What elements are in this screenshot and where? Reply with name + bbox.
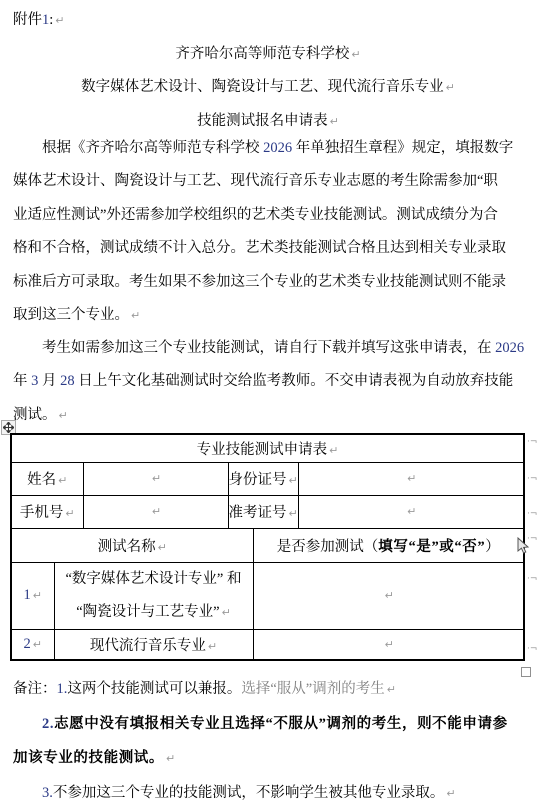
paragraph-mark-icon: ↵ bbox=[446, 81, 455, 94]
skill-test-application-table: 专业技能测试申请表↵ 姓名↵ ↵ 身份证号↵ ↵ 手机号↵ ↵ 准考证号↵ ↵ … bbox=[10, 433, 525, 661]
paragraph-regulations: 根据《齐齐哈尔高等师范专科学校 2026 年单独招生章程》规定，填报数字 媒体艺… bbox=[13, 132, 525, 332]
phone-label-cell: 手机号↵ bbox=[11, 495, 83, 528]
row-index-cell: 1↵ bbox=[11, 562, 54, 629]
name-input-cell[interactable]: ↵ bbox=[83, 462, 228, 495]
paragraph-mark-icon: ↵ bbox=[351, 48, 360, 61]
id-number-label-cell: 身份证号↵ bbox=[228, 462, 298, 495]
note-3: 3.不参加这三个专业的技能测试，不影响学生被其他专业录取。↵ bbox=[13, 776, 529, 802]
row-end-mark-icon: ·¬ bbox=[527, 644, 537, 654]
exam-number-label-cell: 准考证号↵ bbox=[228, 495, 298, 528]
cell-end-mark-icon: ↵ bbox=[65, 507, 74, 520]
cell-end-mark-icon: ↵ bbox=[58, 474, 67, 487]
paragraph-mark-icon: ↵ bbox=[59, 409, 68, 422]
note-1: 备注：1.这两个技能测试可以兼报。选择“服从”调剂的考生↵ bbox=[13, 672, 529, 707]
test-description-cell: “数字媒体艺术设计专业” 和 “陶瓷设计与工艺专业”↵ bbox=[54, 562, 253, 629]
participate-answer-cell[interactable]: ↵ bbox=[253, 629, 524, 660]
cell-end-mark-icon: ↵ bbox=[329, 444, 338, 457]
paragraph-mark-icon: ↵ bbox=[131, 309, 140, 322]
table-row: 1↵ “数字媒体艺术设计专业” 和 “陶瓷设计与工艺专业”↵ ↵ bbox=[11, 562, 524, 629]
row-index-cell: 2↵ bbox=[11, 629, 54, 660]
doc-title-school: 齐齐哈尔高等师范专科学校↵ bbox=[13, 38, 523, 71]
row-end-mark-icon: ·¬ bbox=[527, 574, 537, 584]
table-row: 专业技能测试申请表↵ bbox=[11, 434, 524, 462]
cell-end-mark-icon: ↵ bbox=[208, 640, 217, 653]
paragraph-mark-icon: ↵ bbox=[55, 14, 64, 27]
paragraph-line: 年 3 月 28 日上午文化基础测试时交给监考教师。不交申请表视为自动放弃技能 bbox=[13, 373, 513, 389]
move-icon bbox=[3, 422, 14, 433]
table-row: 测试名称↵ 是否参加测试（填写“是”或“否”） bbox=[11, 528, 524, 562]
paragraph-mark-icon: ↵ bbox=[330, 115, 339, 128]
cell-end-mark-icon: ↵ bbox=[152, 472, 161, 485]
cell-end-mark-icon: ↵ bbox=[222, 606, 231, 619]
paragraph-line: 媒体艺术设计、陶瓷设计与工艺、现代流行音乐专业志愿的考生除需参加“职 bbox=[13, 173, 498, 189]
notes-section: 备注：1.这两个技能测试可以兼报。选择“服从”调剂的考生↵ 2.志愿中没有填报相… bbox=[13, 672, 529, 802]
paragraph-line: 业适应性测试”外还需参加学校组织的艺术类专业技能测试。测试成绩分为合 bbox=[13, 207, 498, 223]
document-titles: 齐齐哈尔高等师范专科学校↵ 数字媒体艺术设计、陶瓷设计与工艺、现代流行音乐专业↵… bbox=[13, 38, 523, 138]
attachment-text: 附件1: bbox=[13, 12, 53, 28]
attachment-label: 附件1:↵ bbox=[13, 8, 65, 33]
note-1-gray-text: 选择“服从”调剂的考生 bbox=[241, 681, 384, 697]
test-description-cell: 现代流行音乐专业↵ bbox=[54, 629, 253, 660]
name-label-cell: 姓名↵ bbox=[11, 462, 83, 495]
paragraph-line: 测试。 bbox=[13, 407, 57, 423]
paragraph-mark-icon: ↵ bbox=[446, 787, 455, 800]
participate-header-cell: 是否参加测试（填写“是”或“否”） bbox=[253, 528, 524, 562]
cell-end-mark-icon: ↵ bbox=[407, 472, 416, 485]
test-name-header-cell: 测试名称↵ bbox=[11, 528, 253, 562]
note-2-line-2: 加该专业的技能测试。↵ bbox=[13, 741, 529, 776]
mouse-cursor-icon bbox=[516, 537, 530, 560]
cell-end-mark-icon: ↵ bbox=[152, 505, 161, 518]
id-number-input-cell[interactable]: ↵ bbox=[298, 462, 524, 495]
cell-end-mark-icon: ↵ bbox=[407, 505, 416, 518]
cell-end-mark-icon: ↵ bbox=[385, 638, 394, 651]
paragraph-mark-icon: ↵ bbox=[166, 752, 176, 765]
cell-end-mark-icon: ↵ bbox=[385, 589, 394, 602]
table-row: 2↵ 现代流行音乐专业↵ ↵ bbox=[11, 629, 524, 660]
cell-end-mark-icon: ↵ bbox=[158, 541, 167, 554]
paragraph-line: 取到这三个专业。 bbox=[13, 307, 129, 323]
cell-end-mark-icon: ↵ bbox=[33, 638, 42, 651]
row-end-mark-icon: ·¬ bbox=[527, 509, 537, 519]
participate-bold-text: 填写“是”或“否” bbox=[378, 539, 485, 555]
paragraph-line: 根据《齐齐哈尔高等师范专科学校 2026 年单独招生章程》规定，填报数字 bbox=[42, 140, 513, 156]
paragraph-line: 考生如需参加这三个专业技能测试，请自行下载并填写这张申请表，在 2026 bbox=[42, 340, 524, 356]
phone-input-cell[interactable]: ↵ bbox=[83, 495, 228, 528]
cell-end-mark-icon: ↵ bbox=[33, 589, 42, 602]
table-row: 姓名↵ ↵ 身份证号↵ ↵ bbox=[11, 462, 524, 495]
paragraph-mark-icon: ↵ bbox=[387, 683, 396, 696]
cell-end-mark-icon: ↵ bbox=[289, 507, 298, 520]
cell-end-mark-icon: ↵ bbox=[289, 474, 298, 487]
paragraph-line: 标准后方可录取。考生如果不参加这三个专业的艺术类专业技能测试则不能录 bbox=[13, 274, 506, 290]
paragraph-instructions: 考生如需参加这三个专业技能测试，请自行下载并填写这张申请表，在 2026 年 3… bbox=[13, 332, 525, 432]
row-end-mark-icon: ·¬ bbox=[527, 437, 537, 447]
doc-title-majors: 数字媒体艺术设计、陶瓷设计与工艺、现代流行音乐专业↵ bbox=[13, 71, 523, 104]
table-title-cell: 专业技能测试申请表↵ bbox=[11, 434, 524, 462]
paragraph-line: 格和不合格，测试成绩不计入总分。艺术类技能测试合格且达到相关专业录取 bbox=[13, 240, 506, 256]
note-2-line-1: 2.志愿中没有填报相关专业且选择“不服从”调剂的考生，则不能申请参 bbox=[13, 707, 529, 742]
participate-answer-cell[interactable]: ↵ bbox=[253, 562, 524, 629]
table-row: 手机号↵ ↵ 准考证号↵ ↵ bbox=[11, 495, 524, 528]
exam-number-input-cell[interactable]: ↵ bbox=[298, 495, 524, 528]
row-end-mark-icon: ·¬ bbox=[527, 474, 537, 484]
